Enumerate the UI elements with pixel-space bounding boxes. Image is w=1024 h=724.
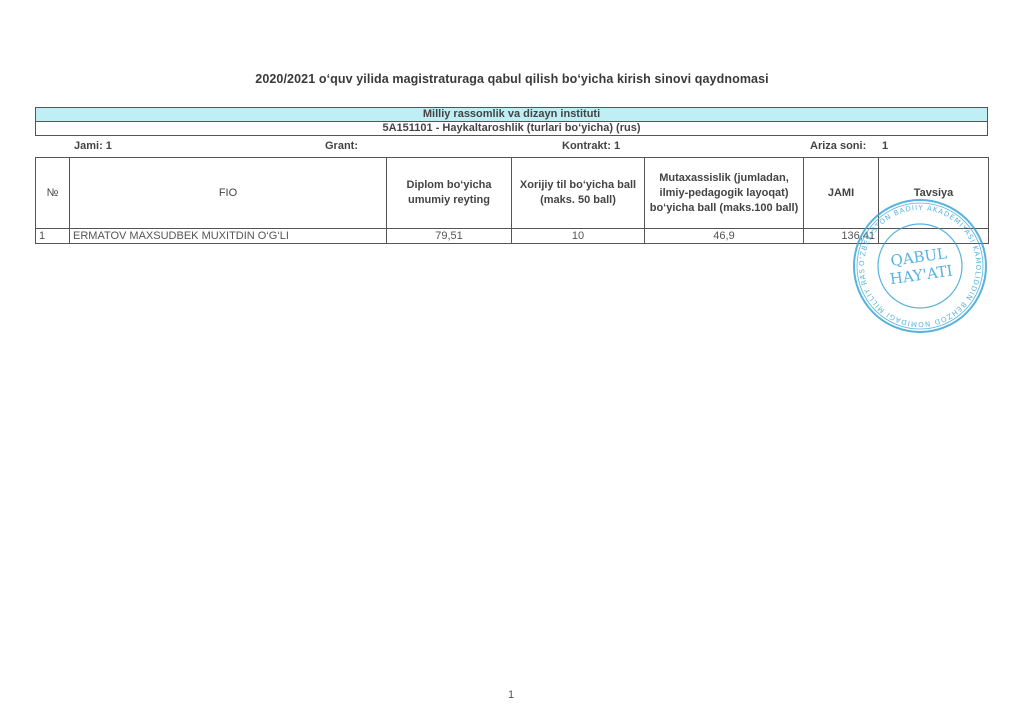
table-row: 1 ERMATOV MAXSUDBEK MUXITDIN O‘G‘LI 79,5… — [36, 229, 989, 244]
summary-grant: Grant: — [325, 140, 358, 152]
official-stamp-icon: O'ZBEKISTON BADIIY AKADEMIYASI KAMOLIDDI… — [850, 196, 990, 336]
header-fio: FIO — [70, 158, 387, 229]
cell-fio: ERMATOV MAXSUDBEK MUXITDIN O‘G‘LI — [70, 229, 387, 244]
document-title: 2020/2021 o‘quv yilida magistraturaga qa… — [0, 72, 1024, 86]
summary-jami: Jami: 1 — [74, 140, 112, 152]
results-table: № FIO Diplom bo‘yicha umumiy reyting Xor… — [35, 157, 989, 244]
header-number: № — [36, 158, 70, 229]
header-mutaxassislik: Mutaxassislik (jumladan, ilmiy-pedagogik… — [645, 158, 804, 229]
summary-ariza-value: 1 — [882, 140, 888, 152]
header-xorijiy: Xorijiy til bo‘yicha ball (maks. 50 ball… — [512, 158, 645, 229]
page-number: 1 — [508, 689, 514, 701]
cell-xorijiy: 10 — [512, 229, 645, 244]
header-diplom: Diplom bo‘yicha umumiy reyting — [387, 158, 512, 229]
summary-kontrakt: Kontrakt: 1 — [562, 140, 620, 152]
specialty-band: 5A151101 - Haykaltaroshlik (turlari bo‘y… — [35, 121, 988, 136]
cell-diplom: 79,51 — [387, 229, 512, 244]
table-header-row: № FIO Diplom bo‘yicha umumiy reyting Xor… — [36, 158, 989, 229]
cell-number: 1 — [36, 229, 70, 244]
summary-ariza-label: Ariza soni: — [810, 140, 866, 152]
institute-band: Milliy rassomlik va dizayn instituti — [35, 107, 988, 122]
cell-mutaxassislik: 46,9 — [645, 229, 804, 244]
